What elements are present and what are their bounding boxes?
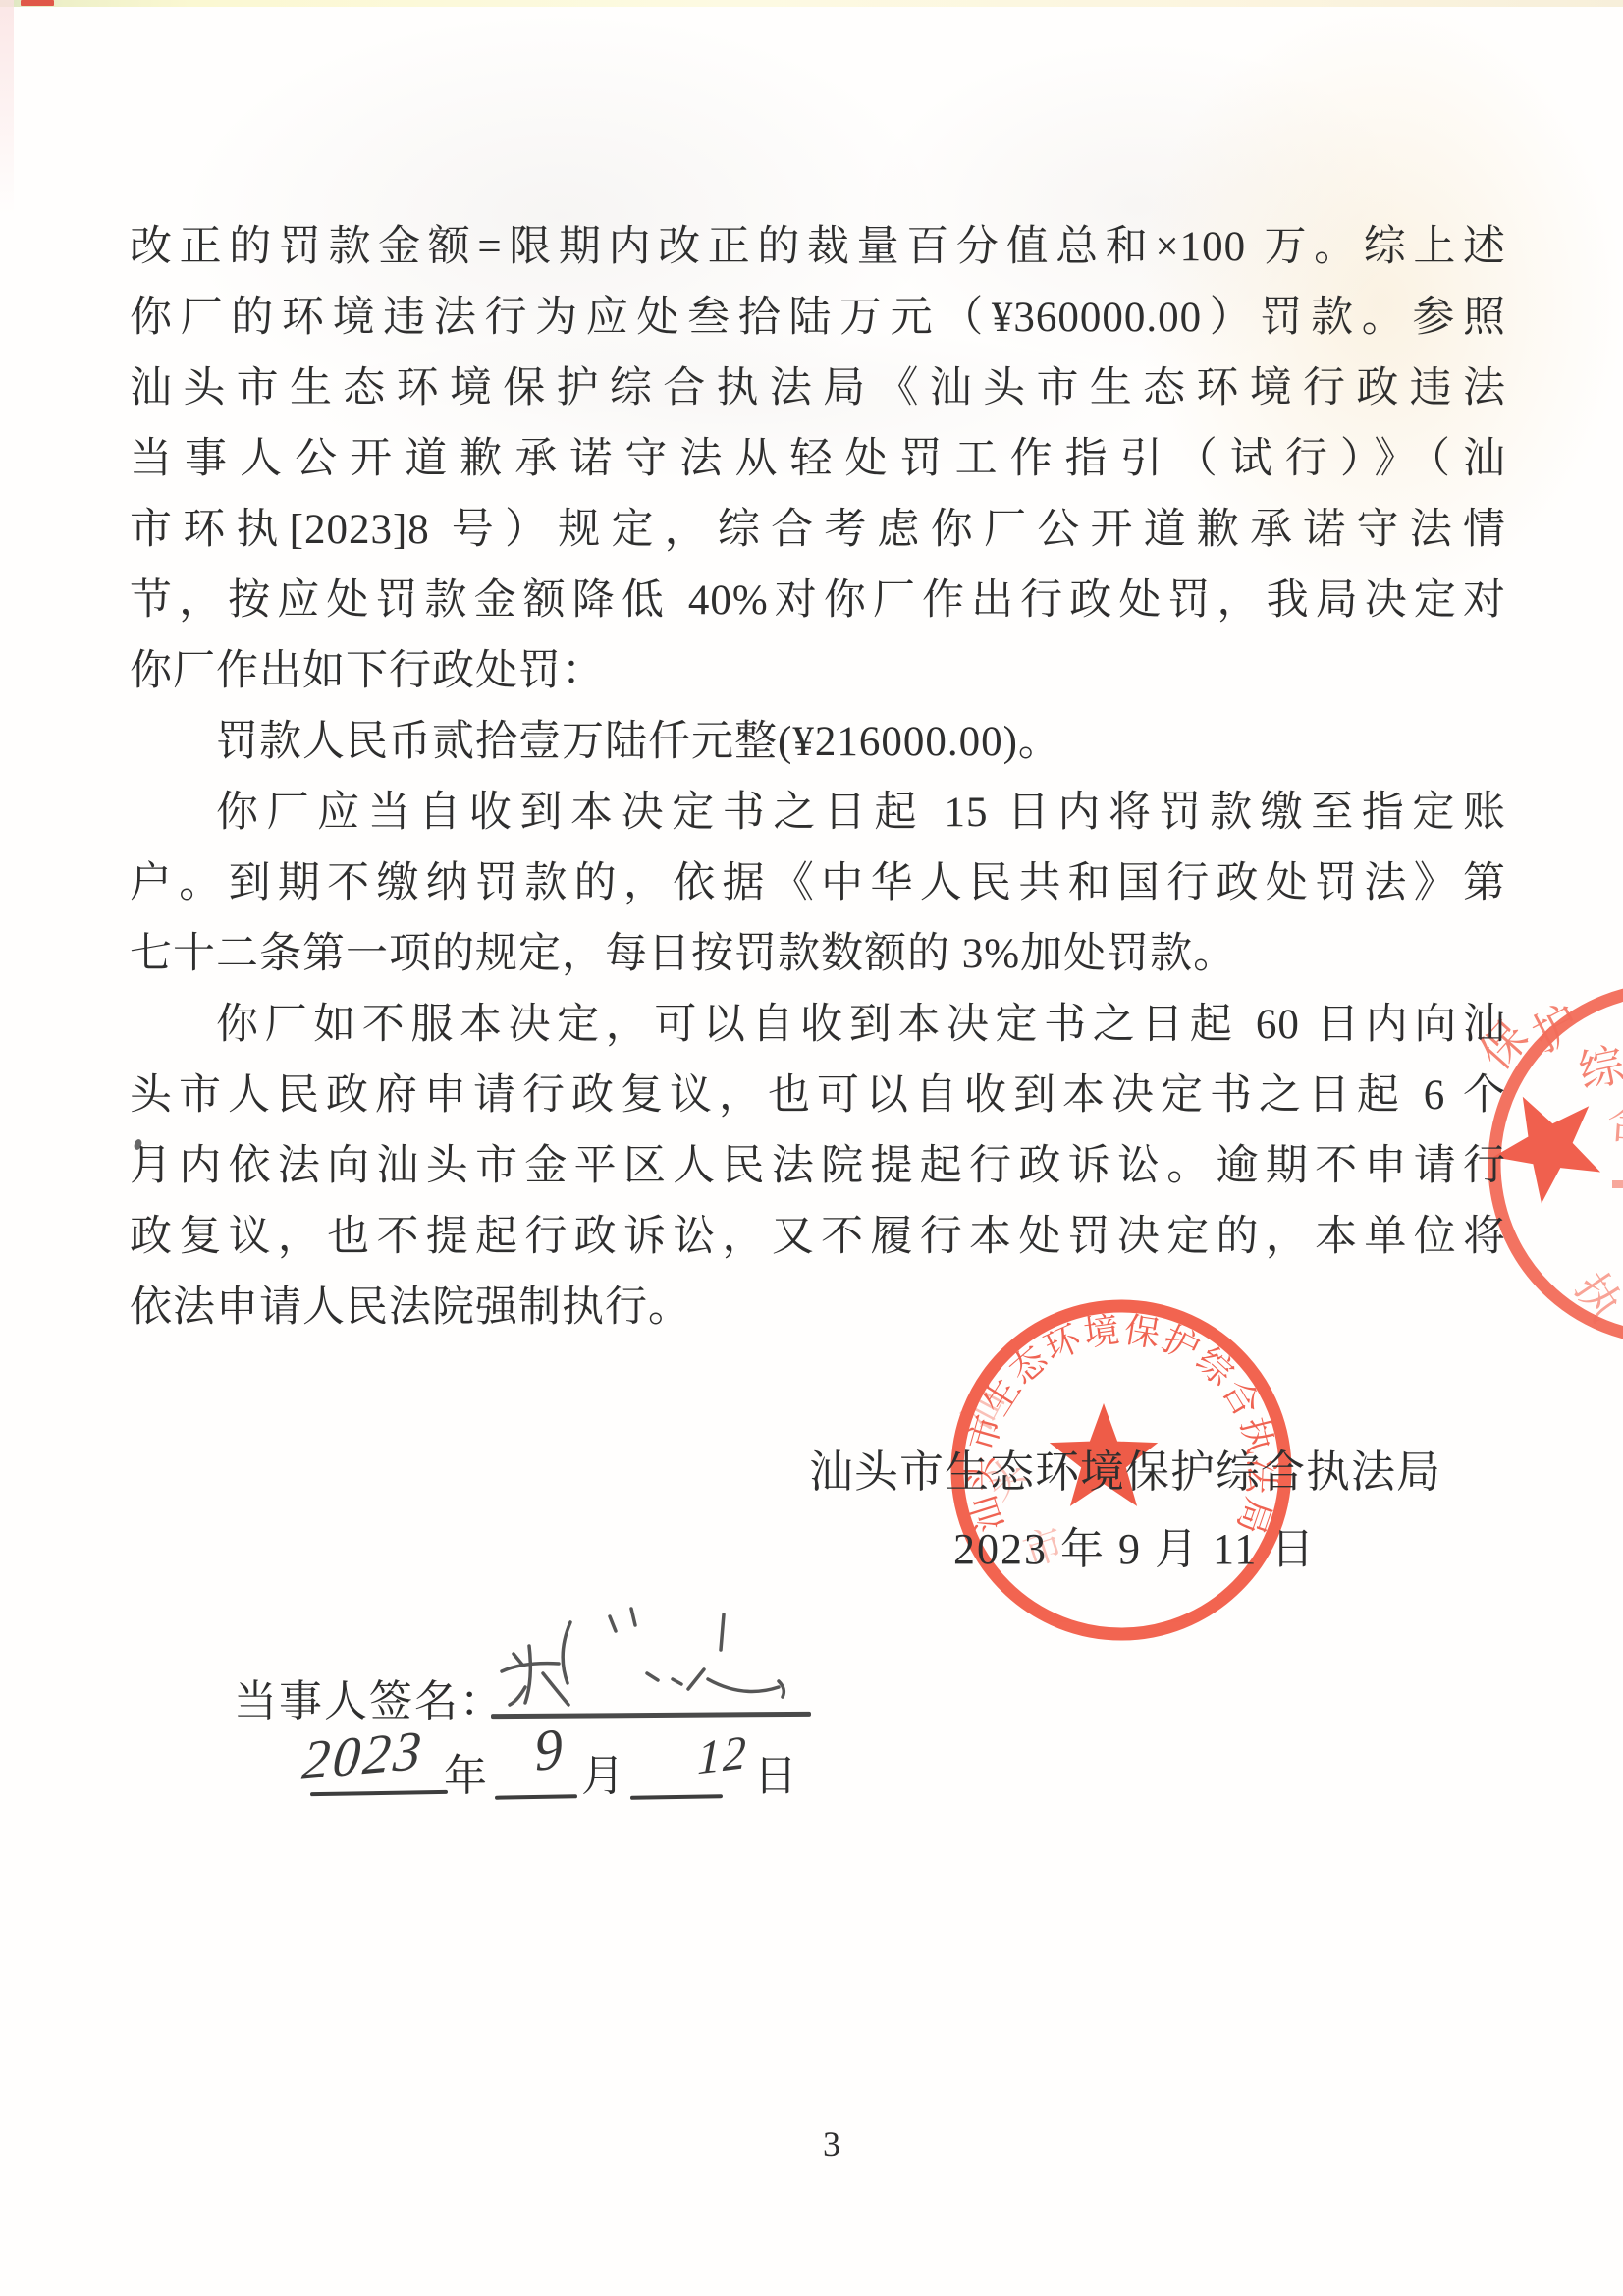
signature-handwriting — [486, 1579, 820, 1726]
body-line: 你厂的环境违法行为应处叁拾陆万元（¥360000.00）罚款。参照 — [130, 283, 1506, 354]
partial-seal-char: 综 — [1574, 1039, 1623, 1098]
svg-text:汕: 汕 — [954, 1382, 1012, 1437]
body-text: 改正的罚款金额=限期内改正的裁量百分值总和×100 万。综上述 你厂的环境违法行… — [130, 212, 1506, 1343]
body-line: 依法申请人民法院强制执行。 — [130, 1273, 1506, 1343]
body-line: 汕头市生态环境保护综合执法局《汕头市生态环境行政违法 — [130, 354, 1506, 424]
sig-date-day-label: 日 — [754, 1740, 797, 1803]
partial-seal-char: 合 — [1605, 1097, 1623, 1150]
body-line: 头市人民政府申请行政复议，也可以自收到本决定书之日起 6 个 — [130, 1061, 1506, 1131]
body-line: 节，按应处罚款金额降低 40%对你厂作出行政处罚，我局决定对 — [130, 566, 1506, 636]
body-line: 户。到期不缴纳罚款的，依据《中华人民共和国行政处罚法》第 — [130, 848, 1506, 919]
page-number: 3 — [807, 2123, 856, 2164]
scan-corner-mark — [21, 0, 54, 6]
svg-text:汕头市生态环境保护综合执法局: 汕头市生态环境保护综合执法局 — [960, 1310, 1281, 1541]
issuing-agency: 汕头市生态环境保护综合执法局 — [809, 1436, 1457, 1500]
partial-seal-char: 执 — [1565, 1264, 1623, 1330]
body-line: 罚款人民币贰拾壹万陆仟元整(¥216000.00)。 — [130, 707, 1506, 778]
scanned-document-page: 保 护 综 合 执 汕头市生态环境保护综合执法局 汕 头 市 — [0, 0, 1623, 2296]
party-signature-label: 当事人签名： — [234, 1666, 505, 1728]
sig-date-year-handwritten: 2023 — [299, 1719, 426, 1793]
scan-edge-band — [0, 0, 1623, 7]
body-line: 你厂作出如下行政处罚： — [130, 636, 1506, 707]
date-underline — [495, 1794, 577, 1799]
body-line: 七十二条第一项的规定，每日按罚款数额的 3%加处罚款。 — [130, 919, 1506, 990]
body-line: 你厂应当自收到本决定书之日起 15 日内将罚款缴至指定账 — [130, 778, 1506, 848]
body-line: 你厂如不服本决定，可以自收到本决定书之日起 60 日内向汕 — [130, 990, 1506, 1061]
partial-seal-char: 护 — [1525, 996, 1589, 1062]
sig-date-month-handwritten: 9 — [532, 1715, 564, 1785]
body-line: 改正的罚款金额=限期内改正的裁量百分值总和×100 万。综上述 — [130, 212, 1506, 283]
sig-date-month-label: 月 — [581, 1740, 624, 1803]
partial-seal-ring — [1494, 989, 1623, 1339]
scan-shadow — [0, 0, 14, 216]
sig-date-year-label: 年 — [444, 1740, 487, 1803]
body-line: 市环执[2023]8 号）规定，综合考虑你厂公开道歉承诺守法情 — [130, 495, 1506, 566]
date-underline — [310, 1790, 448, 1796]
body-line: 政复议，也不提起行政诉讼，又不履行本处罚决定的，本单位将 — [130, 1202, 1506, 1273]
body-line: 月内依法向汕头市金平区人民法院提起行政诉讼。逾期不申请行 — [130, 1131, 1506, 1202]
body-line: 当事人公开道歉承诺守法从轻处罚工作指引（试行）》（汕 — [130, 424, 1506, 495]
seal-arc-text: 汕头市生态环境保护综合执法局 — [960, 1310, 1281, 1541]
decision-date: 2023 年 9 月 11 日 — [953, 1513, 1366, 1576]
sig-date-day-handwritten: 12 — [697, 1725, 749, 1786]
date-underline — [630, 1794, 723, 1800]
